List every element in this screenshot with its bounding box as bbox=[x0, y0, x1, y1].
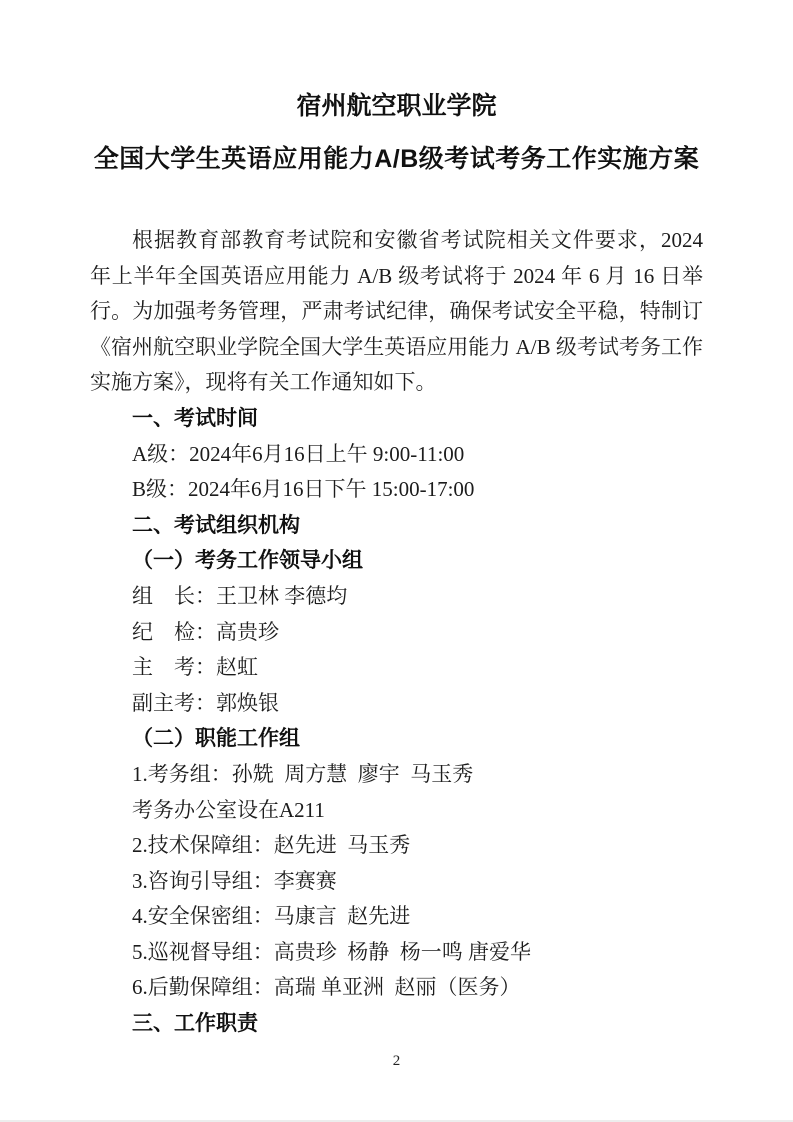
line-chief-examiner: 主 考：赵虹 bbox=[90, 650, 703, 686]
document-title-line1: 宿州航空职业学院 bbox=[90, 90, 703, 123]
line-level-a-time: A级：2024年6月16日上午 9:00-11:00 bbox=[90, 437, 703, 473]
line-deputy-chief-examiner: 副主考：郭焕银 bbox=[90, 686, 703, 722]
document-content: 宿州航空职业学院 全国大学生英语应用能力A/B级考试考务工作实施方案 根据教育部… bbox=[90, 90, 703, 1042]
line-exam-affairs-group: 1.考务组：孙兟 周方慧 廖宇 马玉秀 bbox=[90, 757, 703, 793]
page-number: 2 bbox=[0, 1053, 793, 1070]
heading-leading-group: （一）考务工作领导小组 bbox=[90, 543, 703, 579]
heading-functional-groups: （二）职能工作组 bbox=[90, 721, 703, 757]
heading-work-duties: 三、工作职责 bbox=[90, 1006, 703, 1042]
line-level-b-time: B级：2024年6月16日下午 15:00-17:00 bbox=[90, 472, 703, 508]
line-consulting-guide-group: 3.咨询引导组：李赛赛 bbox=[90, 864, 703, 900]
intro-paragraph: 根据教育部教育考试院和安徽省考试院相关文件要求，2024 年上半年全国英语应用能… bbox=[90, 223, 703, 401]
line-group-leader: 组 长：王卫林 李德均 bbox=[90, 579, 703, 615]
line-exam-office-location: 考务办公室设在A211 bbox=[90, 793, 703, 829]
document-title-line2: 全国大学生英语应用能力A/B级考试考务工作实施方案 bbox=[90, 143, 703, 176]
heading-exam-organization: 二、考试组织机构 bbox=[90, 508, 703, 544]
document-page: 宿州航空职业学院 全国大学生英语应用能力A/B级考试考务工作实施方案 根据教育部… bbox=[0, 0, 793, 1122]
line-discipline-inspector: 纪 检：高贵珍 bbox=[90, 615, 703, 651]
heading-exam-time: 一、考试时间 bbox=[90, 401, 703, 437]
line-security-group: 4.安全保密组：马康言 赵先进 bbox=[90, 899, 703, 935]
line-technical-support-group: 2.技术保障组：赵先进 马玉秀 bbox=[90, 828, 703, 864]
line-logistics-group: 6.后勤保障组：高瑞 单亚洲 赵丽（医务） bbox=[90, 970, 703, 1006]
line-inspection-group: 5.巡视督导组：高贵珍 杨静 杨一鸣 唐爱华 bbox=[90, 935, 703, 971]
